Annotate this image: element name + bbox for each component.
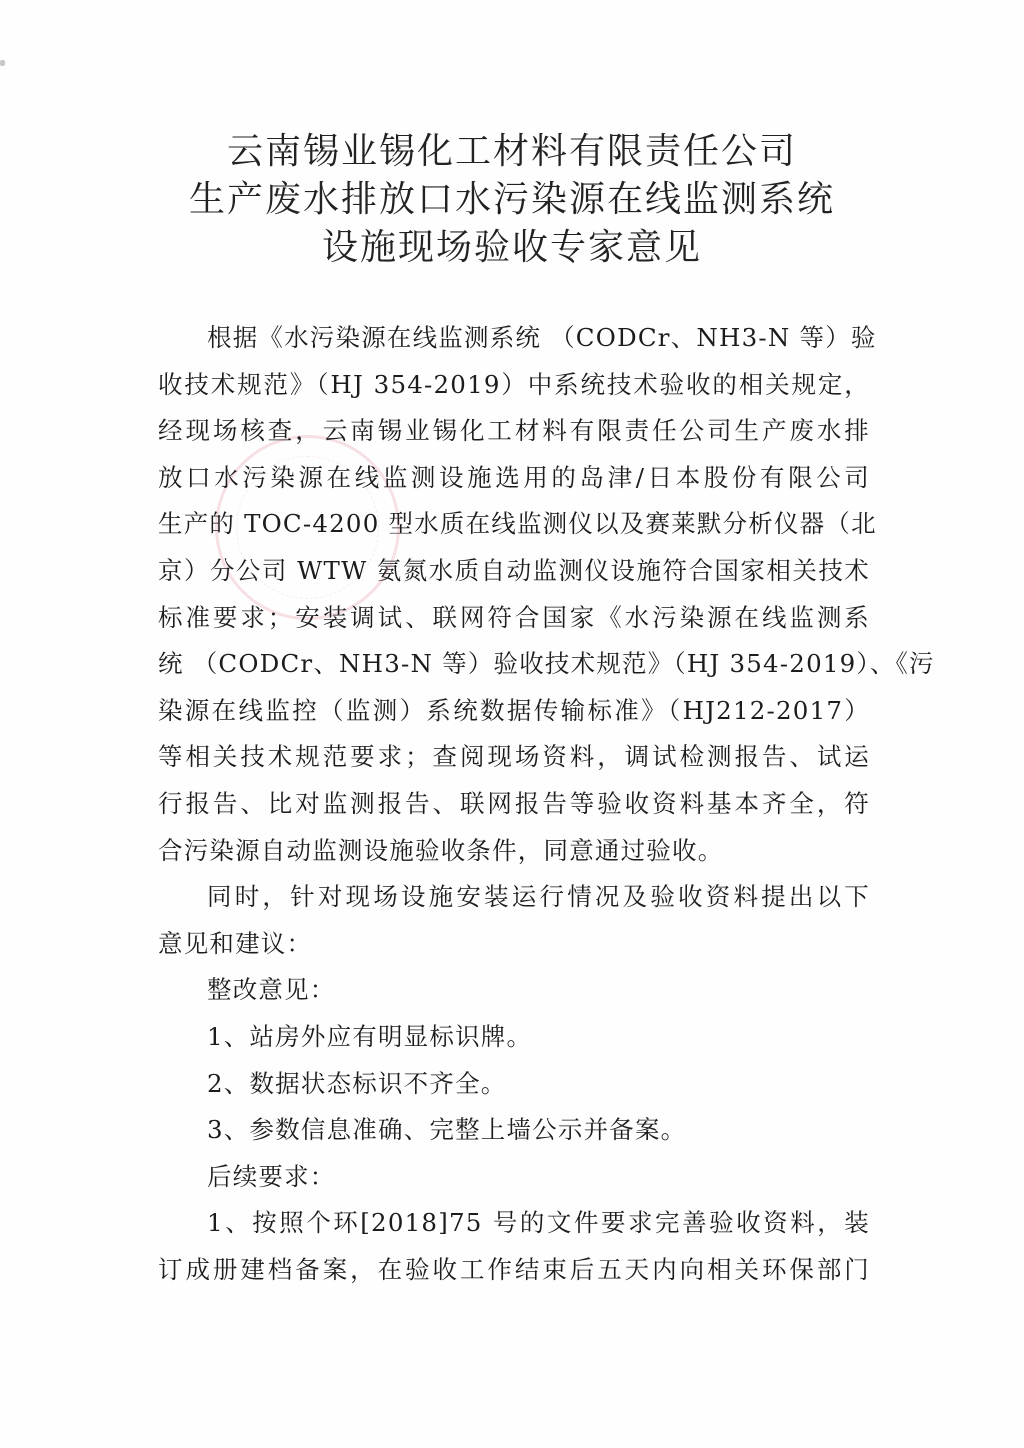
follow-up-section: 后续要求： 1、按照个环[2018]75 号的文件要求完善验收资料，装 订成册建… [158, 1154, 870, 1294]
paragraph-acceptance-conclusion: 根据《水污染源在线监测系统 （CODCr、NH3-N 等）验 收技术规范》（HJ… [158, 315, 870, 874]
text-line: 根据《水污染源在线监测系统 （CODCr、NH3-N 等）验 [158, 315, 870, 362]
scan-edge-mark [0, 60, 5, 66]
text-line: 等相关技术规范要求；查阅现场资料，调试检测报告、试运 [158, 734, 870, 781]
follow-up-heading: 后续要求： [158, 1154, 870, 1201]
text-line: 行报告、比对监测报告、联网报告等验收资料基本齐全，符 [158, 781, 870, 828]
title-line-system: 生产废水排放口水污染源在线监测系统 [0, 176, 1024, 224]
text-line: 放口水污染源在线监测设施选用的岛津/日本股份有限公司 [158, 455, 870, 502]
document-title: 云南锡业锡化工材料有限责任公司 生产废水排放口水污染源在线监测系统 设施现场验收… [0, 128, 1024, 272]
document-page: 云南锡业锡化工材料有限责任公司 生产废水排放口水污染源在线监测系统 设施现场验收… [0, 0, 1024, 1448]
follow-up-item-line: 1、按照个环[2018]75 号的文件要求完善验收资料，装 [158, 1200, 870, 1247]
rectification-heading: 整改意见： [158, 967, 870, 1014]
text-line: 京）分公司 WTW 氨氮水质自动监测仪设施符合国家相关技术 [158, 548, 870, 595]
text-line: 意见和建议： [158, 921, 870, 968]
text-line: 生产的 TOC-4200 型水质在线监测仪以及赛莱默分析仪器（北 [158, 501, 870, 548]
rectification-item: 3、参数信息准确、完整上墙公示并备案。 [158, 1107, 870, 1154]
text-line: 收技术规范》（HJ 354-2019）中系统技术验收的相关规定， [158, 362, 870, 409]
document-body: 根据《水污染源在线监测系统 （CODCr、NH3-N 等）验 收技术规范》（HJ… [158, 315, 870, 1293]
text-line: 染源在线监控（监测）系统数据传输标准》（HJ212-2017） [158, 688, 870, 735]
rectification-section: 整改意见： 1、站房外应有明显标识牌。 2、数据状态标识不齐全。 3、参数信息准… [158, 967, 870, 1153]
rectification-item: 2、数据状态标识不齐全。 [158, 1061, 870, 1108]
text-line: 经现场核查，云南锡业锡化工材料有限责任公司生产废水排 [158, 408, 870, 455]
text-line: 标准要求；安装调试、联网符合国家《水污染源在线监测系 [158, 595, 870, 642]
title-line-opinion: 设施现场验收专家意见 [0, 224, 1024, 272]
text-line: 统 （CODCr、NH3-N 等）验收技术规范》（HJ 354-2019）、《污 [158, 641, 870, 688]
text-line: 合污染源自动监测设施验收条件，同意通过验收。 [158, 828, 870, 875]
follow-up-item-line: 订成册建档备案，在验收工作结束后五天内向相关环保部门 [158, 1247, 870, 1294]
title-line-company: 云南锡业锡化工材料有限责任公司 [0, 128, 1024, 176]
rectification-item: 1、站房外应有明显标识牌。 [158, 1014, 870, 1061]
paragraph-suggestions-intro: 同时，针对现场设施安装运行情况及验收资料提出以下 意见和建议： [158, 874, 870, 967]
text-line: 同时，针对现场设施安装运行情况及验收资料提出以下 [158, 874, 870, 921]
